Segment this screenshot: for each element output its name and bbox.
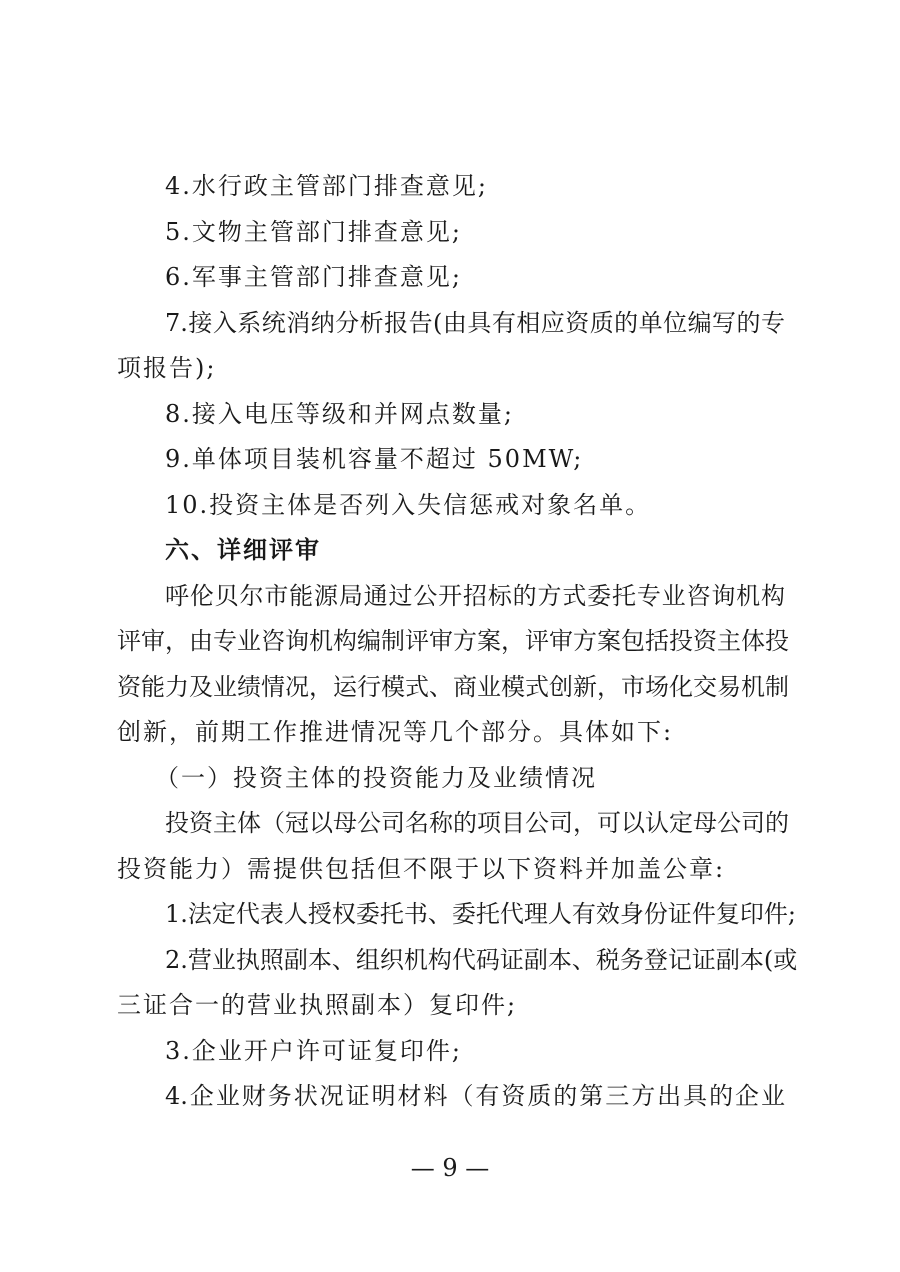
list-item: 10.投资主体是否列入失信惩戒对象名单。: [165, 489, 651, 521]
list-item: 5.文物主管部门排查意见;: [165, 216, 462, 248]
paragraph-line: 评审，由专业咨询机构编制评审方案，评审方案包括投资主体投: [117, 625, 785, 657]
paragraph-line: 创新，前期工作推进情况等几个部分。具体如下:: [117, 716, 673, 748]
list-item: 1.法定代表人授权委托书、委托代理人有效身份证件复印件;: [165, 898, 785, 930]
list-item: 4.水行政主管部门排查意见;: [165, 170, 488, 202]
list-item: 9.单体项目装机容量不超过 50MW;: [165, 443, 583, 475]
list-item: 8.接入电压等级和并网点数量;: [165, 398, 514, 430]
paragraph-line: 资能力及业绩情况，运行模式、商业模式创新，市场化交易机制: [117, 671, 785, 703]
paragraph-line: 呼伦贝尔市能源局通过公开招标的方式委托专业咨询机构: [165, 580, 785, 612]
section-heading: 六、详细评审: [165, 534, 321, 566]
list-item: 4.企业财务状况证明材料（有资质的第三方出具的企业: [165, 1080, 785, 1112]
list-item: 3.企业开户许可证复印件;: [165, 1035, 462, 1067]
paragraph-line: 投资能力）需提供包括但不限于以下资料并加盖公章:: [117, 853, 725, 885]
list-item: 6.军事主管部门排查意见;: [165, 261, 462, 293]
list-item-continuation: 项报告);: [117, 352, 216, 384]
subsection-heading: （一）投资主体的投资能力及业绩情况: [155, 762, 597, 794]
list-item-continuation: 三证合一的营业执照副本）复印件;: [117, 989, 517, 1021]
list-item: 7.接入系统消纳分析报告(由具有相应资质的单位编写的专: [165, 307, 785, 339]
page-number: — 9 —: [0, 1152, 900, 1184]
list-item: 2.营业执照副本、组织机构代码证副本、税务登记证副本(或: [165, 944, 785, 976]
paragraph-line: 投资主体（冠以母公司名称的项目公司，可以认定母公司的: [165, 807, 785, 839]
